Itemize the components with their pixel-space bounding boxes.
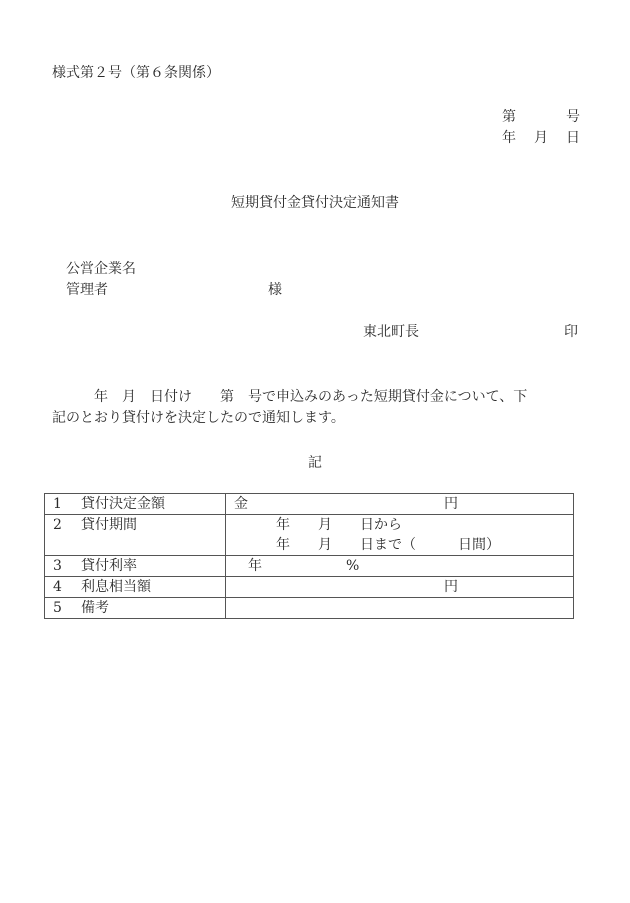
row-label: 4利息相当額 xyxy=(45,577,226,598)
row-value-interest-rate: 年 % xyxy=(226,556,574,577)
date-year: 年 xyxy=(502,129,516,147)
reference-number: 第 号 xyxy=(502,108,580,126)
issue-date: 年 月 日 xyxy=(502,129,580,147)
row-label: 5備考 xyxy=(45,598,226,619)
document-title: 短期貸付金貸付決定通知書 xyxy=(0,194,630,212)
table-row-remarks: 5備考 xyxy=(45,598,574,619)
seal-mark: 印 xyxy=(564,323,578,341)
notice-body-line-2: 記のとおり貸付けを決定したので通知します。 xyxy=(52,408,580,429)
notice-body: 年 月 日付け 第 号で申込みのあった短期貸付金について、下 記のとおり貸付けを… xyxy=(52,387,580,429)
row-label: 3貸付利率 xyxy=(45,556,226,577)
notice-body-line-1: 年 月 日付け 第 号で申込みのあった短期貸付金について、下 xyxy=(52,387,580,408)
ki-heading: 記 xyxy=(0,454,630,472)
table-row-loan-period: 2貸付期間 年 月 日から 年 月 日まで（ 日間） xyxy=(45,515,574,556)
recipient-organization-label: 公営企業名 xyxy=(66,260,136,278)
row-value-remarks xyxy=(226,598,574,619)
recipient-manager-label: 管理者 xyxy=(66,281,108,299)
ref-prefix: 第 xyxy=(502,108,516,126)
date-day: 日 xyxy=(566,129,580,147)
row-value-interest-amount: 円 xyxy=(226,577,574,598)
details-table: 1貸付決定金額 金 円 2貸付期間 年 月 日から 年 月 日まで（ 日間） 3… xyxy=(44,493,574,619)
recipient-honorific: 様 xyxy=(268,281,282,299)
ref-suffix: 号 xyxy=(566,108,580,126)
row-value-loan-amount: 金 円 xyxy=(226,494,574,515)
form-number: 様式第２号（第６条関係） xyxy=(52,64,220,82)
issuer-name: 東北町長 xyxy=(363,323,419,341)
row-label: 1貸付決定金額 xyxy=(45,494,226,515)
table-row-interest-amount: 4利息相当額 円 xyxy=(45,577,574,598)
date-month: 月 xyxy=(534,129,548,147)
table-row-interest-rate: 3貸付利率 年 % xyxy=(45,556,574,577)
row-label: 2貸付期間 xyxy=(45,515,226,556)
row-value-loan-period: 年 月 日から 年 月 日まで（ 日間） xyxy=(226,515,574,556)
table-row-loan-amount: 1貸付決定金額 金 円 xyxy=(45,494,574,515)
